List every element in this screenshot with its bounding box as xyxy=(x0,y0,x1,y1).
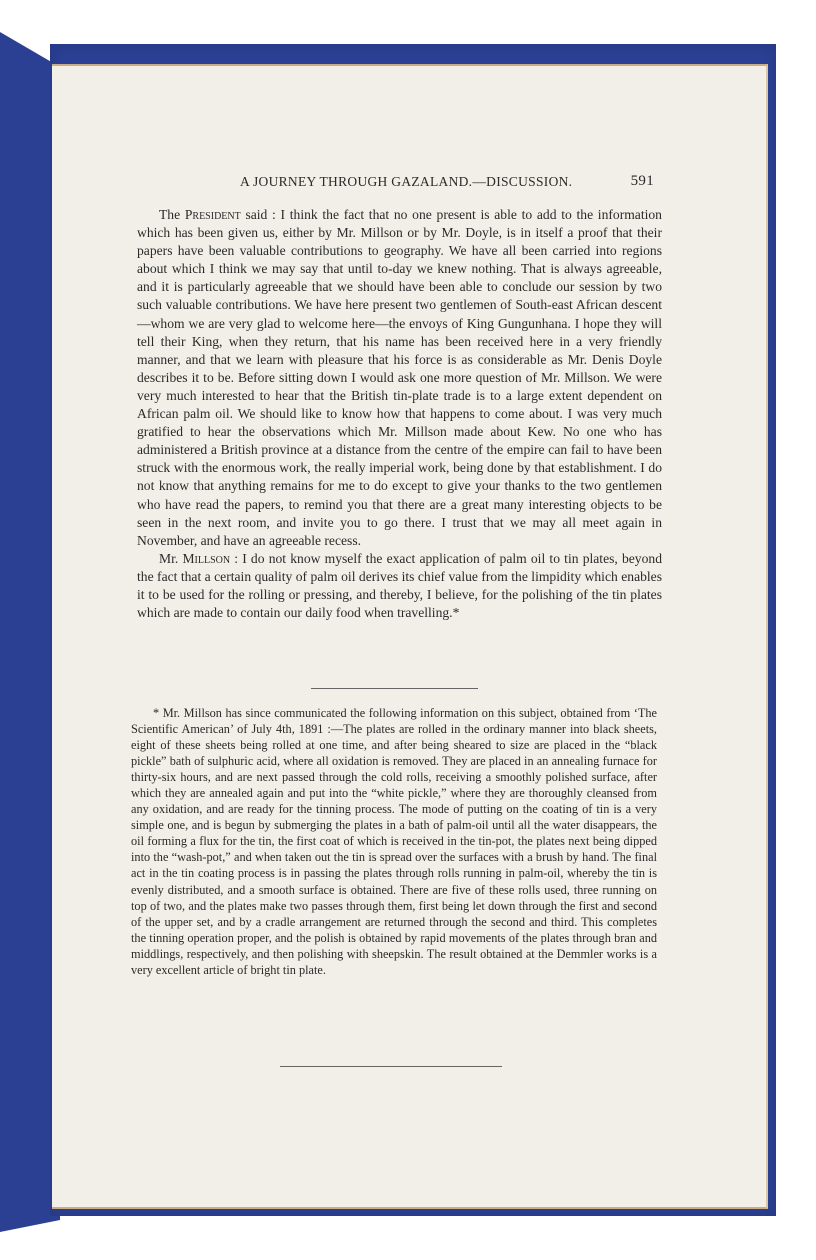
paragraph-text: said : I think the fact that no one pres… xyxy=(137,207,662,548)
page-number: 591 xyxy=(631,173,654,190)
paragraph-millson: Mr. Millson : I do not know myself the e… xyxy=(137,550,662,622)
end-divider xyxy=(280,1066,502,1067)
speaker-prefix: The xyxy=(159,207,185,222)
running-head-title: A JOURNEY THROUGH GAZALAND.—DISCUSSION. xyxy=(240,174,572,190)
paragraph-president: The President said : I think the fact th… xyxy=(137,206,662,550)
footnote: * Mr. Millson has since communicated the… xyxy=(131,705,657,978)
body-text: The President said : I think the fact th… xyxy=(137,206,662,622)
speaker-name: Millson xyxy=(182,551,230,566)
footnote-divider xyxy=(311,688,478,689)
speaker-prefix: Mr. xyxy=(159,551,182,566)
footnote-text: * Mr. Millson has since communicated the… xyxy=(131,705,657,978)
speaker-name: President xyxy=(185,207,241,222)
